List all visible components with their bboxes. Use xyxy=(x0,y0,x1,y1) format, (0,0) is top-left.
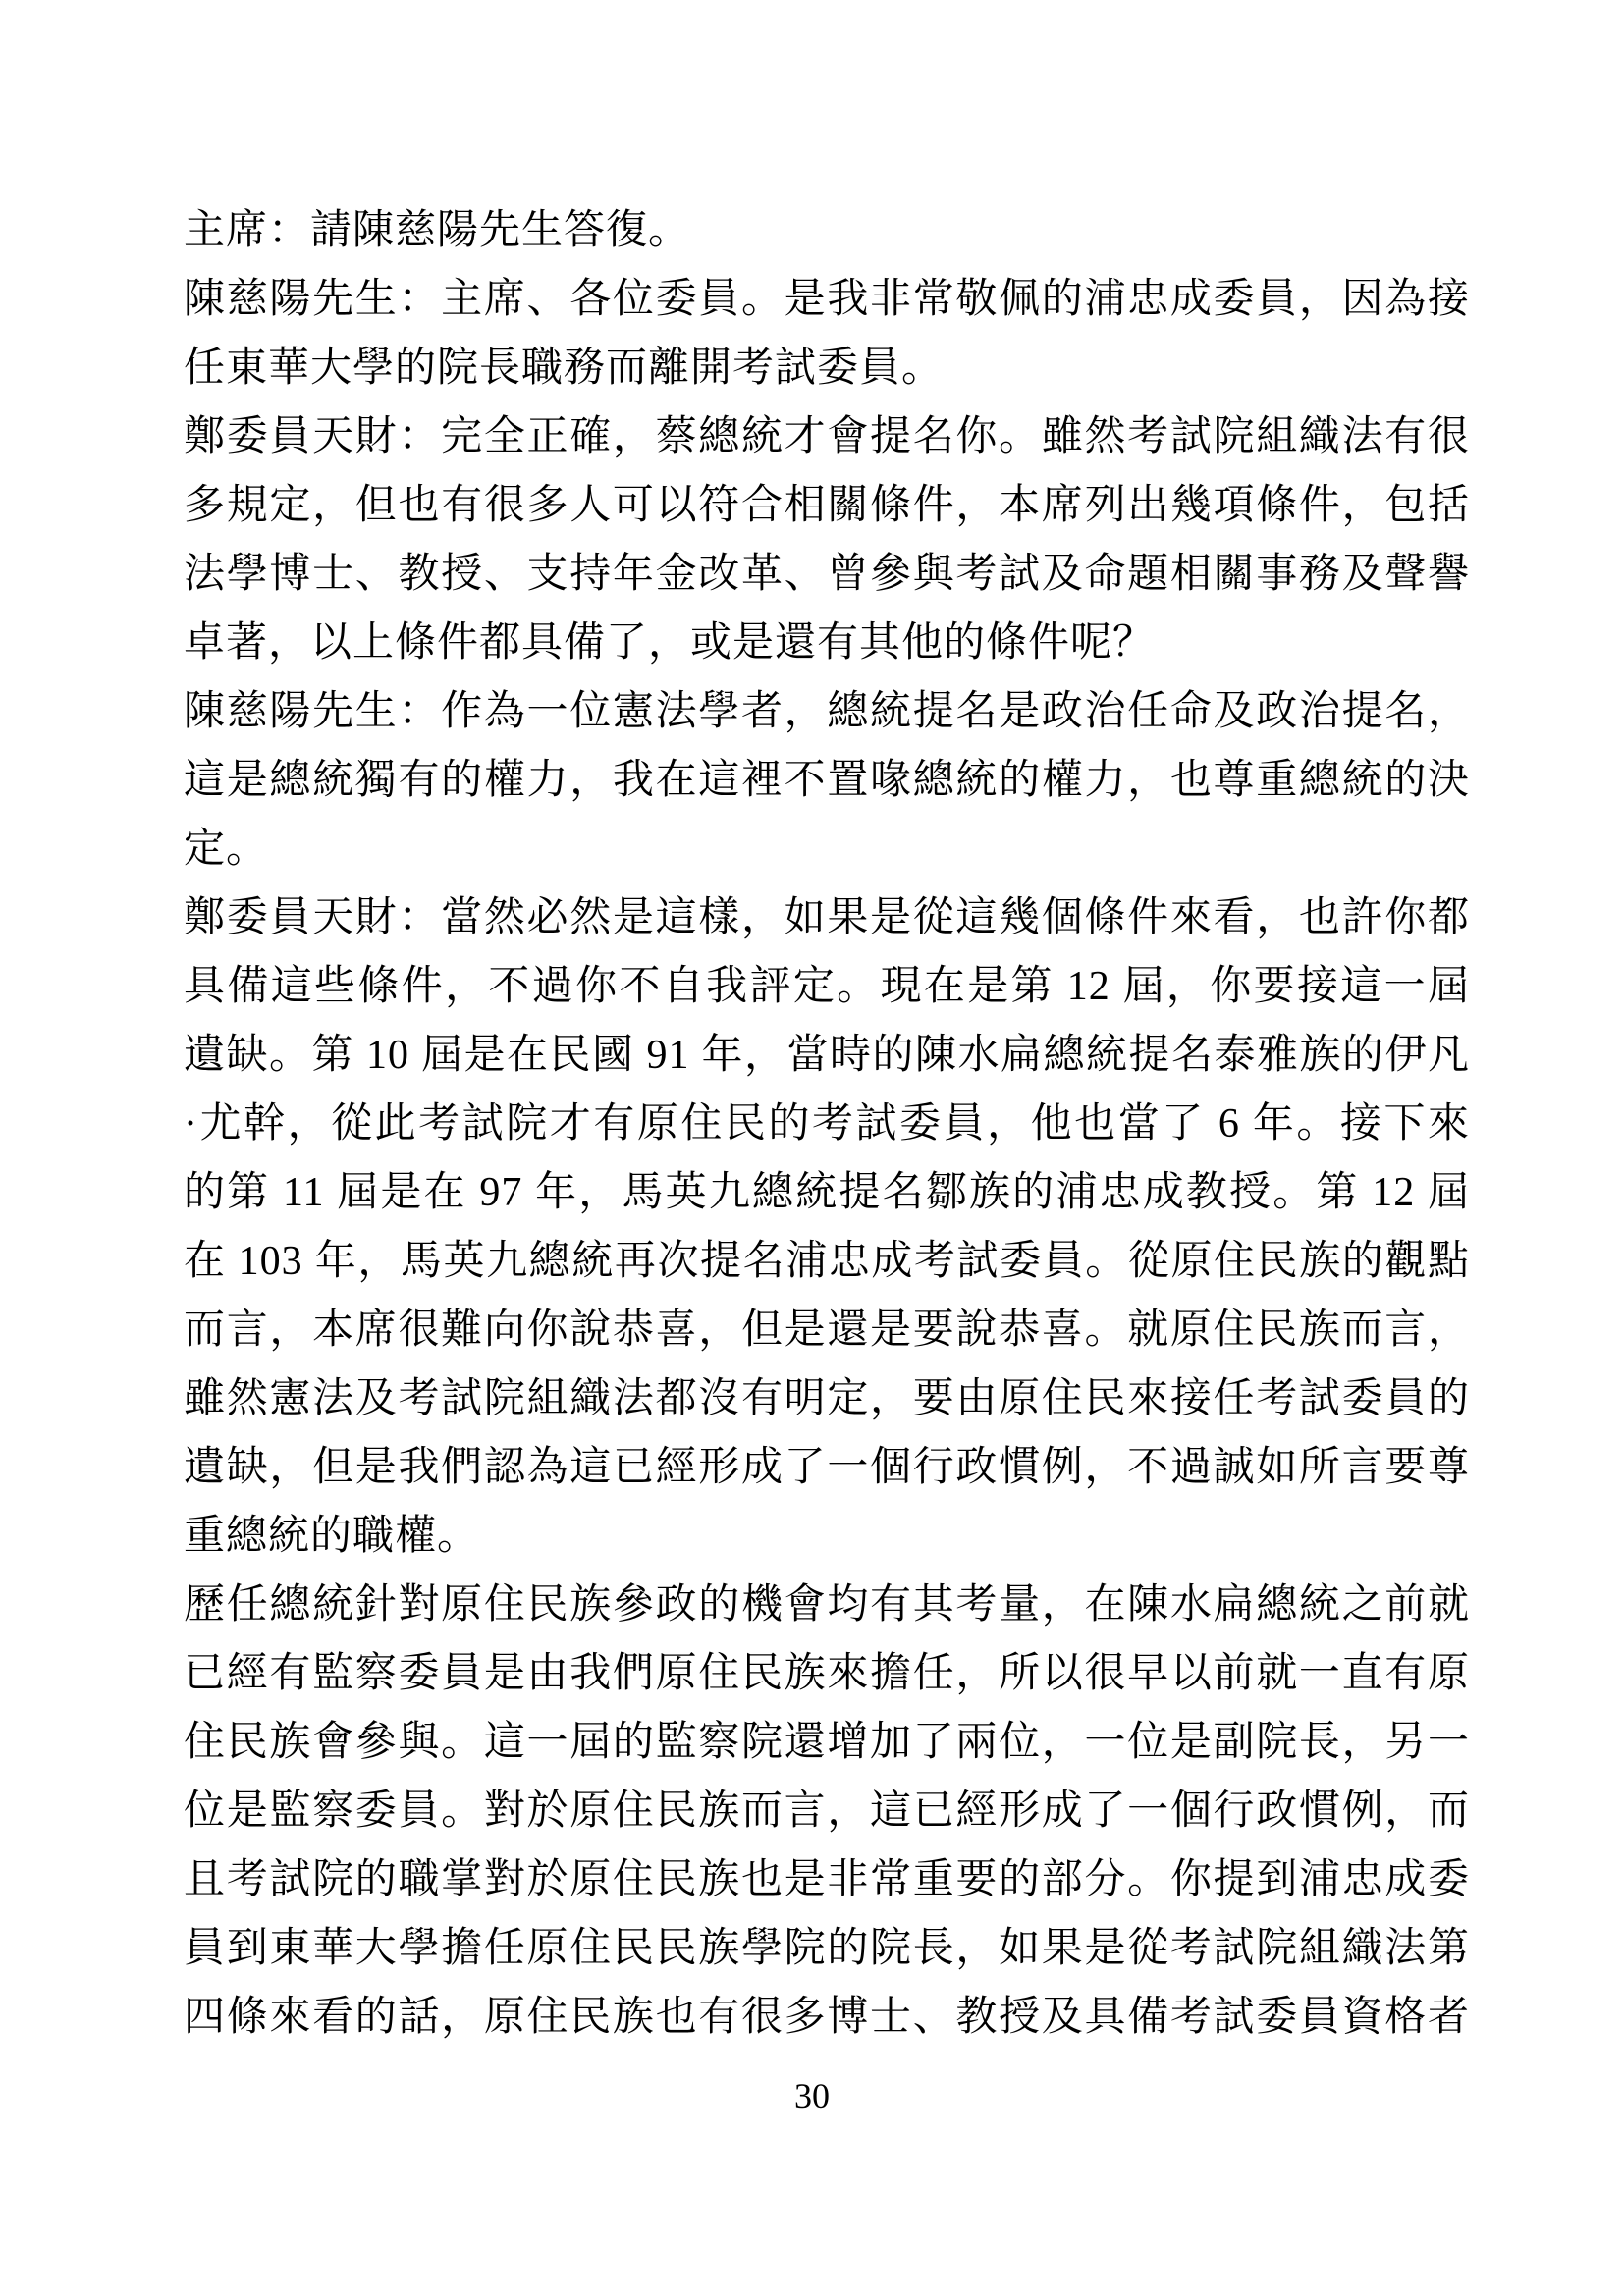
text-line: 位是監察委員。對於原住民族而言，這已經形成了一個行政慣例，而 xyxy=(184,1777,1470,1845)
text-line: 重總統的職權。 xyxy=(184,1502,1470,1571)
text-line: ·尤幹，從此考試院才有原住民的考試委員，他也當了 6 年。接下來 xyxy=(184,1090,1470,1158)
text-line: 四條來看的話，原住民族也有很多博士、教授及具備考試委員資格者 xyxy=(184,1983,1470,2052)
text-line: 歷任總統針對原住民族參政的機會均有其考量，在陳水扁總統之前就 xyxy=(184,1571,1470,1639)
text-line: 雖然憲法及考試院組織法都沒有明定，要由原住民來接任考試委員的 xyxy=(184,1364,1470,1433)
text-line: 在 103 年，馬英九總統再次提名浦忠成考試委員。從原住民族的觀點 xyxy=(184,1227,1470,1296)
text-line: 卓著，以上條件都具備了，或是還有其他的條件呢？ xyxy=(184,609,1470,677)
text-line: 法學博士、教授、支持年金改革、曾參與考試及命題相關事務及聲譽 xyxy=(184,540,1470,609)
text-line: 陳慈陽先生：主席、各位委員。是我非常敬佩的浦忠成委員，因為接 xyxy=(184,265,1470,334)
document-text: 主席：請陳慈陽先生答復。陳慈陽先生：主席、各位委員。是我非常敬佩的浦忠成委員，因… xyxy=(184,196,1470,2052)
text-line: 定。 xyxy=(184,815,1470,883)
text-line: 任東華大學的院長職務而離開考試委員。 xyxy=(184,334,1470,402)
text-line: 已經有監察委員是由我們原住民族來擔任，所以很早以前就一直有原 xyxy=(184,1639,1470,1708)
text-line: 且考試院的職掌對於原住民族也是非常重要的部分。你提到浦忠成委 xyxy=(184,1845,1470,1914)
text-line: 主席：請陳慈陽先生答復。 xyxy=(184,196,1470,265)
text-line: 這是總統獨有的權力，我在這裡不置喙總統的權力，也尊重總統的決 xyxy=(184,746,1470,815)
page-number: 30 xyxy=(0,2071,1624,2120)
text-line: 多規定，但也有很多人可以符合相關條件，本席列出幾項條件，包括 xyxy=(184,471,1470,540)
text-line: 鄭委員天財：完全正確，蔡總統才會提名你。雖然考試院組織法有很 xyxy=(184,402,1470,471)
text-line: 的第 11 屆是在 97 年，馬英九總統提名鄒族的浦忠成教授。第 12 屆是 xyxy=(184,1158,1470,1227)
text-line: 員到東華大學擔任原住民民族學院的院長，如果是從考試院組織法第 xyxy=(184,1914,1470,1983)
text-line: 而言，本席很難向你說恭喜，但是還是要說恭喜。就原住民族而言， xyxy=(184,1296,1470,1364)
text-line: 鄭委員天財：當然必然是這樣，如果是從這幾個條件來看，也許你都 xyxy=(184,883,1470,952)
text-line: 陳慈陽先生：作為一位憲法學者，總統提名是政治任命及政治提名， xyxy=(184,677,1470,746)
document-page: 主席：請陳慈陽先生答復。陳慈陽先生：主席、各位委員。是我非常敬佩的浦忠成委員，因… xyxy=(0,0,1624,2296)
text-line: 住民族會參與。這一屆的監察院還增加了兩位，一位是副院長，另一 xyxy=(184,1708,1470,1777)
text-line: 遺缺，但是我們認為這已經形成了一個行政慣例，不過誠如所言要尊 xyxy=(184,1433,1470,1502)
text-line: 遺缺。第 10 屆是在民國 91 年，當時的陳水扁總統提名泰雅族的伊凡 xyxy=(184,1021,1470,1090)
text-line: 具備這些條件，不過你不自我評定。現在是第 12 屆，你要接這一屆的 xyxy=(184,952,1470,1021)
